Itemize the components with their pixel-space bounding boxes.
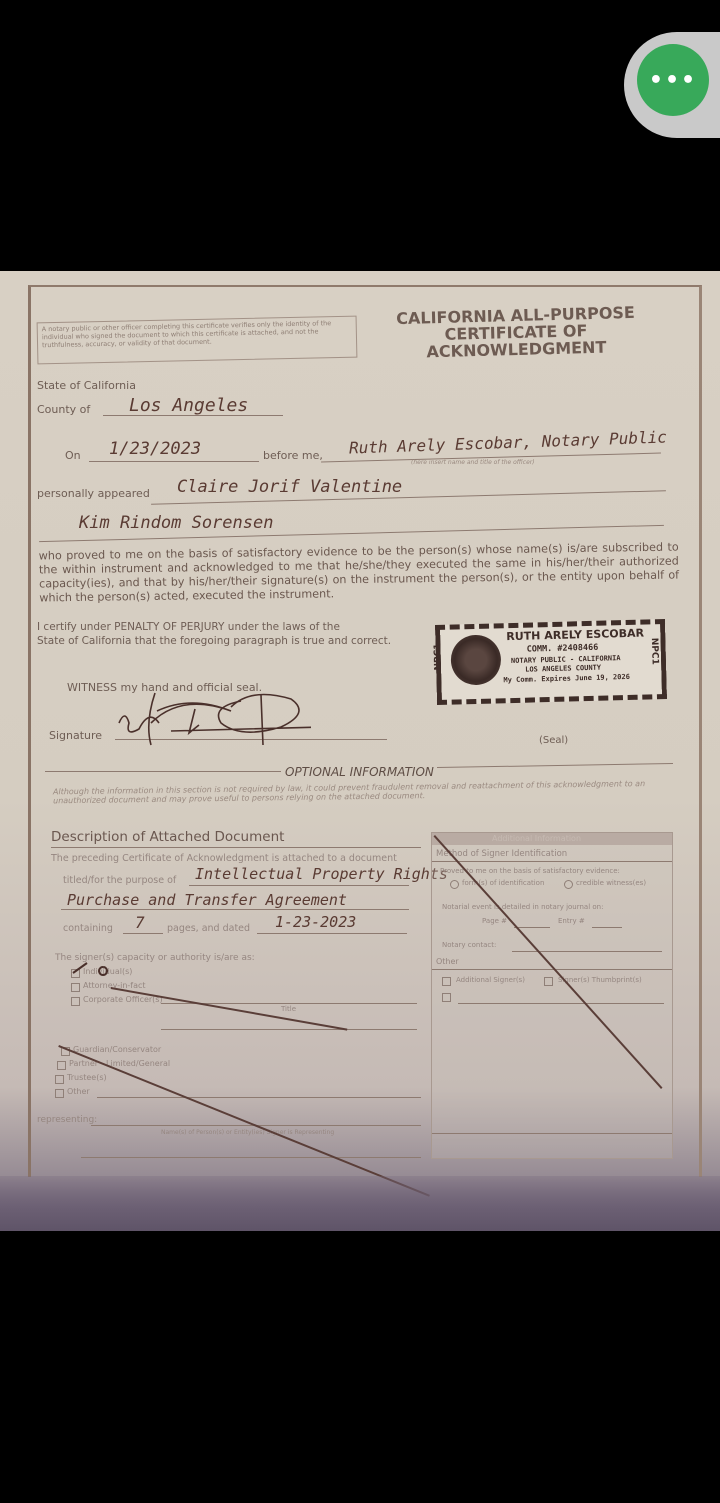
seal-label: (Seal) [539, 735, 568, 746]
capacity-attorney-checkbox[interactable] [71, 983, 80, 992]
additional-info-box: Additional Information Method of Signer … [431, 832, 673, 1159]
form-title: CALIFORNIA ALL-PURPOSE CERTIFICATE OF AC… [370, 303, 661, 362]
credible-witness-radio[interactable] [564, 880, 573, 889]
notary-signature [111, 683, 311, 753]
certify-line-2: State of California that the foregoing p… [37, 635, 391, 647]
forms-id-radio[interactable] [450, 880, 459, 889]
on-label: On [65, 449, 81, 462]
description-title: Description of Attached Document [51, 829, 284, 845]
pages-value: 7 [135, 913, 145, 932]
officer-hint: (here insert name and title of the offic… [411, 459, 535, 466]
acknowledgment-paragraph: who proved to me on the basis of satisfa… [39, 541, 680, 606]
optional-note: Although the information in this section… [53, 779, 673, 806]
representing-hint: Name(s) of Person(s) or Entity(ies) Sign… [161, 1129, 334, 1136]
optional-info-heading: OPTIONAL INFORMATION [285, 765, 434, 779]
representing-label: representing: [37, 1115, 97, 1125]
notary-stamp: NPC1 NPC1 RUTH ARELY ESCOBAR COMM. #2408… [435, 619, 667, 705]
preceding-text: The preceding Certificate of Acknowledgm… [51, 853, 397, 864]
individual-checkmark [69, 959, 129, 979]
pages-dated-label: pages, and dated [167, 923, 250, 934]
title-hint: Title [281, 1005, 296, 1013]
doc-title-line-1: Intellectual Property Rights [195, 865, 448, 883]
capacity-corporate-checkbox[interactable] [71, 997, 80, 1006]
more-horizontal-icon: ••• [649, 68, 697, 93]
before-me-label: before me, [263, 449, 323, 462]
additional-signer-checkbox[interactable] [442, 977, 451, 986]
county-label: County of [37, 403, 90, 416]
signer-2-name: Kim Rindom Sorensen [79, 513, 273, 533]
personally-appeared-label: personally appeared [37, 487, 150, 500]
capacity-partner-checkbox[interactable] [57, 1061, 66, 1070]
state-label: State of California [37, 379, 136, 392]
county-value: Los Angeles [129, 395, 248, 416]
state-seal-icon [450, 634, 501, 685]
acknowledgment-form: A notary public or other officer complet… [28, 285, 702, 1177]
containing-label: containing [63, 923, 113, 934]
doc-date: 1-23-2023 [275, 913, 356, 931]
certify-line-1: I certify under PENALTY OF PERJURY under… [37, 621, 340, 633]
signature-label: Signature [49, 729, 102, 742]
capacity-trustee-checkbox[interactable] [55, 1075, 64, 1084]
signer-1-name: Claire Jorif Valentine [177, 477, 402, 497]
thumbprint-checkbox[interactable] [544, 977, 553, 986]
titled-label: titled/for the purpose of [63, 875, 176, 886]
document-photo: A notary public or other officer complet… [0, 271, 720, 1231]
capacity-other-checkbox[interactable] [55, 1089, 64, 1098]
date-value: 1/23/2023 [109, 439, 201, 459]
disclaimer-box: A notary public or other officer complet… [37, 316, 358, 365]
additional-info-header: Additional Information [492, 834, 581, 843]
other-checkbox[interactable] [442, 993, 451, 1002]
more-options-button[interactable]: ••• [637, 44, 709, 116]
doc-title-line-2: Purchase and Transfer Agreement [67, 891, 347, 909]
